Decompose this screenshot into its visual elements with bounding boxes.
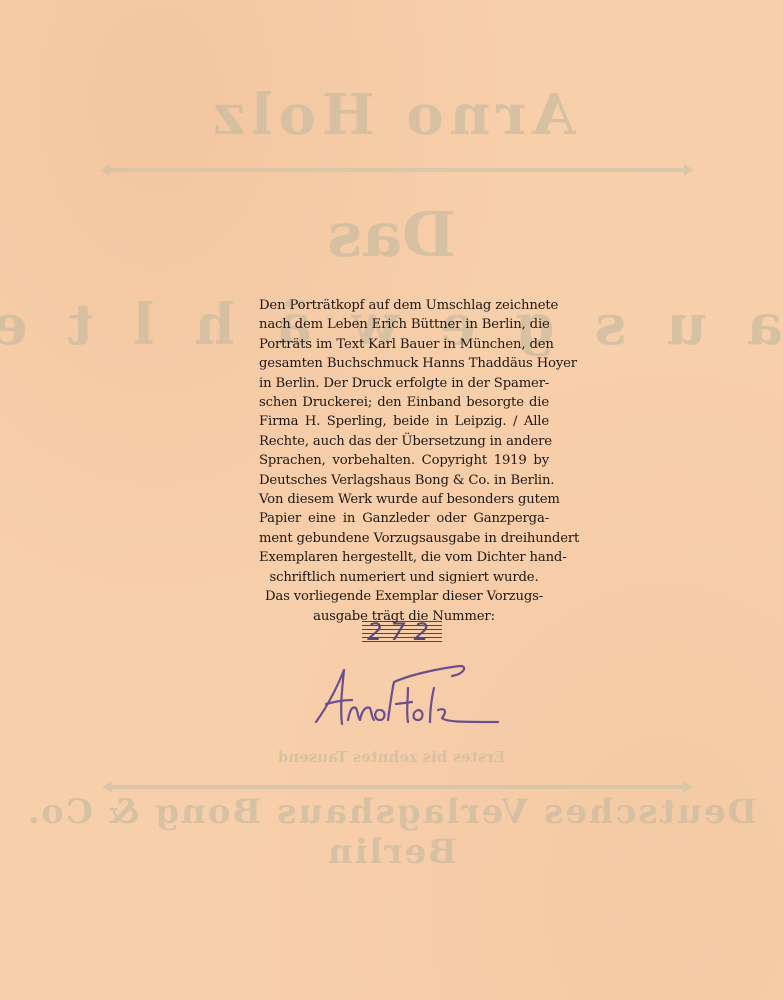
show-through-rule-bottom: [110, 785, 685, 789]
colophon-line: Rechte, auch das der Übersetzung in ande…: [259, 432, 549, 451]
colophon-text: Den Porträtkopf auf dem Umschlag zeichne…: [259, 296, 549, 626]
colophon-line: Porträts im Text Karl Bauer in München, …: [259, 335, 549, 354]
colophon-line: Papier eine in Ganzleder oder Ganzperga-: [259, 509, 549, 528]
author-signature: [312, 660, 502, 740]
colophon-line: nach dem Leben Erich Büttner in Berlin, …: [259, 315, 549, 334]
colophon-line: Von diesem Werk wurde auf besonders gute…: [259, 490, 549, 509]
show-through-rule-top: [108, 168, 686, 172]
colophon-line: Deutsches Verlagshaus Bong & Co. in Berl…: [259, 471, 549, 490]
colophon-line: gesamten Buchschmuck Hanns Thaddäus Hoye…: [259, 354, 549, 373]
show-through-author: Arno Holz: [0, 82, 783, 148]
colophon-line: ment gebundene Vorzugsausgabe in dreihun…: [259, 529, 549, 548]
colophon-line: Sprachen, vorbehalten. Copyright 1919 by: [259, 451, 549, 470]
copy-number-field: 272: [362, 619, 442, 645]
copy-number: 272: [367, 618, 437, 646]
show-through-edition-note: Erstes bis zehntes Tausend: [0, 748, 783, 766]
colophon-line: schen Druckerei; den Einband besorgte di…: [259, 393, 549, 412]
colophon-line: Exemplaren hergestellt, die vom Dichter …: [259, 548, 549, 567]
colophon-line: Firma H. Sperling, beide in Leipzig. / A…: [259, 412, 549, 431]
colophon-line: Das vorliegende Exemplar dieser Vorzugs-: [259, 587, 549, 606]
colophon-line: in Berlin. Der Druck erfolgte in der Spa…: [259, 374, 549, 393]
handwritten-signature-icon: [312, 660, 502, 740]
colophon-line: Den Porträtkopf auf dem Umschlag zeichne…: [259, 296, 549, 315]
show-through-title-line1: Das: [0, 198, 783, 271]
colophon-line: schriftlich numeriert und signiert wurde…: [259, 568, 549, 587]
show-through-publisher: Deutsches Verlagshaus Bong & Co. Berlin: [0, 792, 783, 872]
document-page: Arno Holz Das ausgewählte Erstes bis zeh…: [0, 0, 783, 1000]
